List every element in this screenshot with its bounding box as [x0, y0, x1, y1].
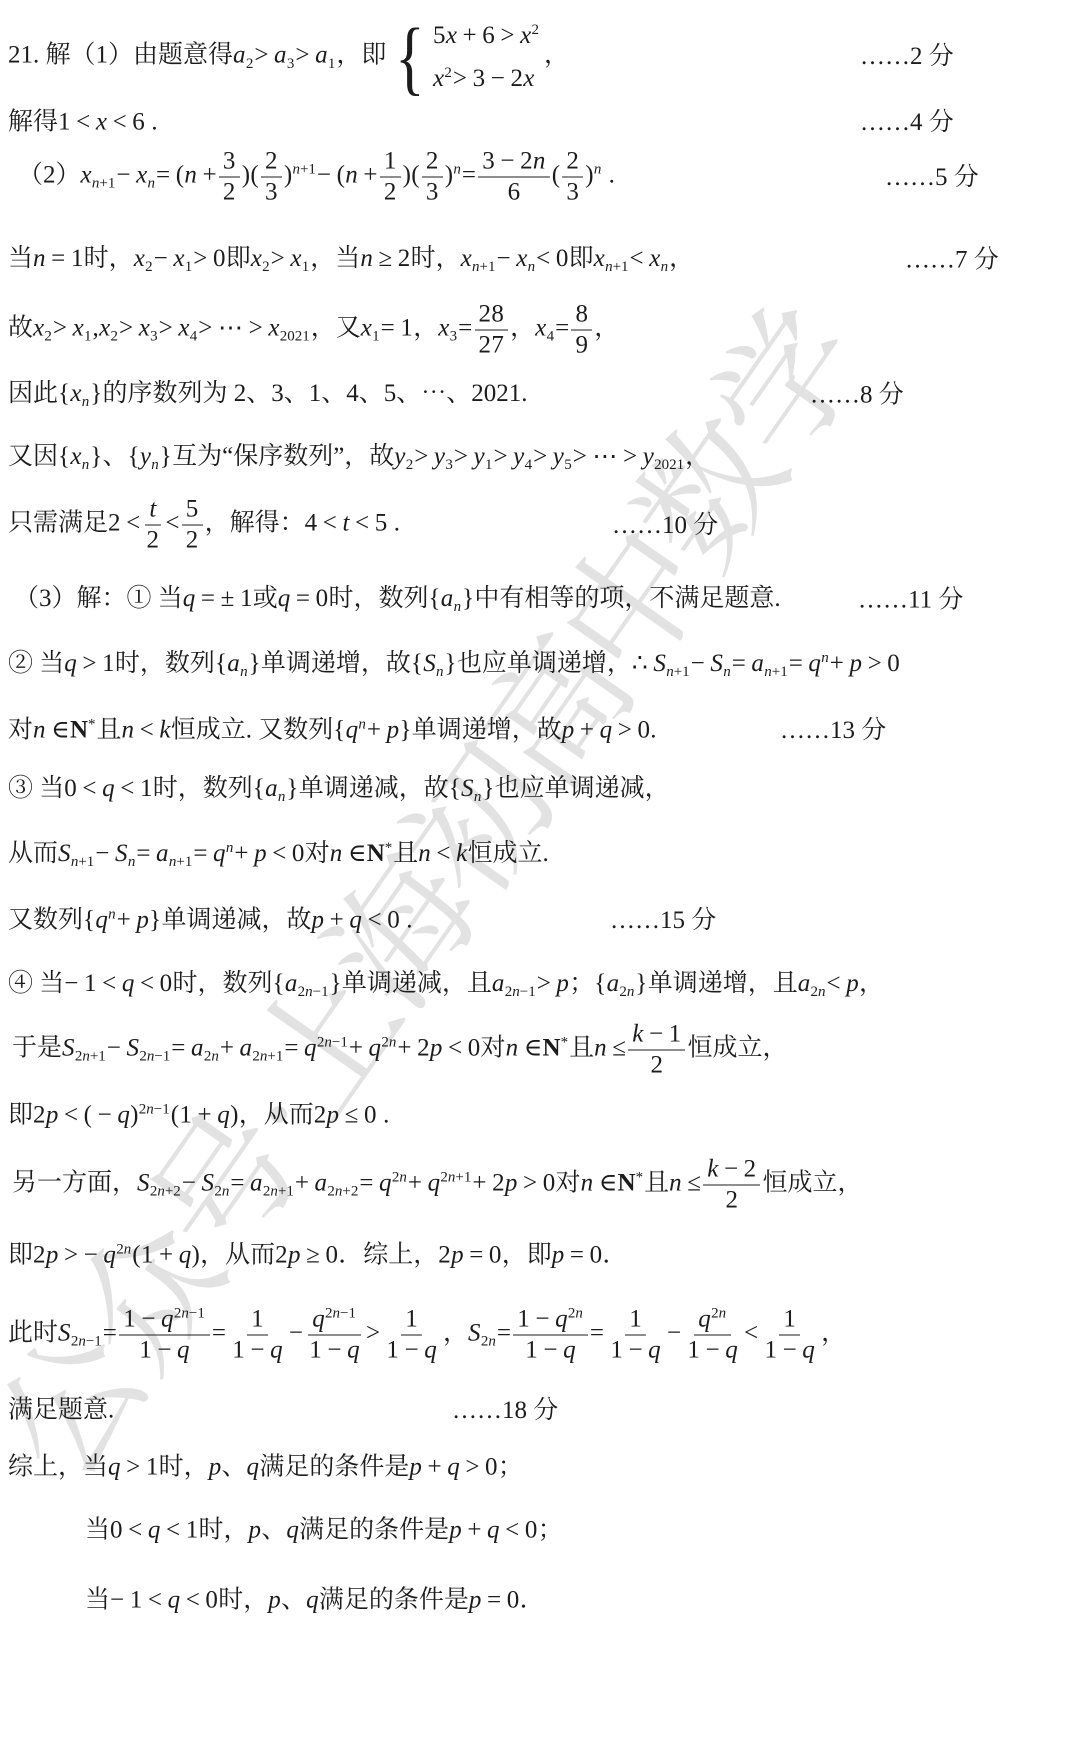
line-content: 故x2> x1,x2> x3> x4> ⋯ > x2021，又x1= 1，x3=…	[8, 301, 619, 360]
math-var: n	[222, 1184, 230, 1200]
math-var: x	[178, 315, 189, 342]
math-run: }	[90, 443, 102, 470]
math-var: p	[46, 1241, 59, 1268]
subscript: n+1	[666, 664, 689, 680]
cases-row: 5x + 6 > x2	[433, 20, 540, 51]
line-content: 又因{xn}、{yn}互为“保序数列”，故y2> y3> y1> y4> y5>…	[8, 441, 710, 475]
math-fraction: 23	[422, 148, 443, 207]
text-run: 因此	[8, 380, 58, 407]
math-var: q	[103, 1241, 116, 1268]
text-run: .	[650, 716, 656, 743]
superscript: n	[108, 906, 116, 922]
math-run: 3 − 2n	[482, 148, 545, 175]
math-var: n	[333, 1306, 341, 1322]
math-run: = q	[789, 650, 822, 677]
math-fraction: 11 − q	[228, 1306, 287, 1365]
solution-line-16: 于是S2n+1− S2n−1= a2n+ a2n+1= q2n−1+ q2n+ …	[0, 1021, 1080, 1080]
subscript: 1	[84, 329, 92, 345]
math-run: − S	[107, 1035, 140, 1062]
math-run: > 3 − 2x	[453, 65, 535, 92]
fraction-numerator: k − 1	[628, 1021, 685, 1051]
math-var: n	[666, 664, 674, 680]
math-var: k	[632, 1021, 643, 1048]
subscript: 2	[44, 329, 52, 345]
subscript: 2	[262, 259, 270, 275]
math-var: q	[286, 1516, 299, 1543]
math-var: n	[488, 1334, 496, 1350]
text-run: 当	[8, 245, 33, 272]
math-fraction: 32	[219, 148, 240, 207]
text-run: ；	[498, 1453, 523, 1480]
math-var: x	[70, 443, 81, 470]
math-var: x	[523, 65, 534, 92]
solution-line-1: 21. 解（1）由题意得a2> a3> a1，即{5x + 6 > x2x2> …	[0, 20, 1080, 95]
math-var: n	[581, 1170, 594, 1197]
subscript: 2	[145, 259, 153, 275]
subscript: n+1	[92, 176, 115, 192]
text-run: 也应单调递增，	[457, 650, 632, 677]
text-run: 中有相等的项，不满足题意.	[474, 585, 780, 612]
math-run: 2p ≤ 0	[314, 1101, 377, 1128]
math-run: − (n +	[317, 162, 378, 189]
math-var: n	[226, 840, 234, 856]
math-var: q	[347, 1337, 360, 1364]
math-var: n	[594, 1035, 607, 1062]
math-var: n	[669, 1170, 682, 1197]
math-var: n	[82, 394, 90, 410]
math-run: =	[555, 315, 569, 342]
math-run: 2	[566, 148, 579, 175]
math-run: }	[249, 650, 261, 677]
math-run: }	[286, 775, 298, 802]
math-var: p	[556, 970, 569, 997]
math-run: > y	[493, 443, 524, 470]
fraction-numerator: 1	[779, 1306, 800, 1336]
fraction-numerator: 2	[562, 148, 583, 178]
math-var: x	[461, 245, 472, 272]
subscript: 2n+2	[327, 1184, 358, 1200]
left-brace-icon: {	[395, 24, 425, 90]
fraction-numerator: 1 − q2n−1	[119, 1306, 210, 1336]
text-run: 21. 解（1）由题意得	[8, 42, 233, 69]
fraction-denominator: 1 − q	[760, 1336, 819, 1365]
fraction-numerator: 1	[380, 148, 401, 178]
math-var: n	[122, 716, 135, 743]
math-var: n	[270, 1184, 278, 1200]
math-var: p	[268, 1586, 281, 1613]
bold-set-symbol: N	[618, 1170, 636, 1197]
fraction-numerator: 2	[261, 148, 282, 178]
math-var: n	[821, 650, 829, 666]
math-run: 27	[479, 332, 505, 359]
math-run: <	[744, 1320, 758, 1347]
math-var: p	[409, 1453, 422, 1480]
math-var: q	[247, 1453, 260, 1480]
math-var: n	[305, 984, 313, 1000]
text-run: 或	[253, 585, 278, 612]
math-var: n	[627, 984, 635, 1000]
score-marker: ……4 分	[860, 106, 954, 137]
cases-rows: 5x + 6 > x2x2> 3 − 2x	[433, 20, 540, 95]
math-run: }	[160, 443, 172, 470]
text-run: 且	[569, 1035, 594, 1062]
math-run: >	[366, 1320, 380, 1347]
math-var: q	[802, 1337, 815, 1364]
math-var: p	[387, 716, 400, 743]
subscript: 2n	[619, 984, 634, 1000]
math-var: q	[161, 1306, 174, 1333]
math-var: n	[92, 176, 100, 192]
math-run: − 1 < q < 0	[64, 970, 172, 997]
math-var: p	[849, 650, 862, 677]
math-var: n	[474, 789, 482, 805]
math-var: n	[148, 176, 156, 192]
math-fraction: 11 − q	[606, 1306, 665, 1365]
math-fraction: 3 − 2n6	[478, 148, 549, 207]
subscript: n	[240, 664, 248, 680]
math-var: a	[441, 585, 454, 612]
solution-line-19: 即2p > − q2n(1 + q)，从而2p ≥ 0．综上，2p = 0，即p…	[0, 1239, 1080, 1270]
solution-line-6: 因此{xn}的序数列为 2、3、1、4、5、⋯、2021.……8 分	[0, 378, 1080, 412]
text-run: ，	[859, 970, 884, 997]
math-var: q	[213, 840, 226, 867]
math-run: {y	[128, 443, 152, 470]
math-run: {a	[215, 650, 240, 677]
math-var: n	[33, 245, 46, 272]
math-var: n	[472, 259, 480, 275]
math-var: S	[468, 1320, 481, 1347]
math-run: x	[461, 245, 472, 272]
superscript: 2n−1	[139, 1101, 170, 1117]
subscript: n	[723, 664, 731, 680]
math-run: 2	[426, 148, 439, 175]
math-run: > x	[159, 315, 190, 342]
math-var: n	[146, 1101, 154, 1117]
math-run: 5x + 6 > x	[433, 22, 532, 49]
math-var: n	[324, 1035, 332, 1051]
math-run: S	[58, 840, 71, 867]
math-run: {a	[273, 970, 298, 997]
superscript: 2	[532, 22, 540, 38]
text-run: 对	[556, 1170, 581, 1197]
math-var: n	[605, 259, 613, 275]
math-var: q	[600, 716, 613, 743]
math-run: + p < 0	[234, 840, 304, 867]
superscript: n	[226, 840, 234, 856]
math-var: n	[448, 1170, 456, 1186]
math-var: n	[240, 664, 248, 680]
math-fraction: 11 − q	[760, 1306, 819, 1365]
math-run: n < k	[418, 840, 467, 867]
math-var: q	[304, 1035, 317, 1062]
math-var: x	[251, 245, 262, 272]
math-fraction: 23	[562, 148, 583, 207]
math-run: + p}	[367, 716, 412, 743]
math-var: x	[99, 315, 110, 342]
math-run: x	[433, 65, 444, 92]
fraction-denominator: 9	[571, 331, 592, 360]
math-var: q	[428, 1170, 441, 1197]
math-var: t	[149, 496, 156, 523]
math-fraction: k − 22	[703, 1156, 760, 1215]
text-run: 当	[85, 1516, 110, 1543]
text-run: 又因	[8, 443, 58, 470]
math-var: q	[148, 1516, 161, 1543]
math-var: a	[156, 840, 169, 867]
math-fraction: 52	[182, 496, 203, 555]
text-run: 当	[85, 1586, 110, 1613]
math-run: q	[312, 1306, 325, 1333]
math-var: q	[808, 650, 821, 677]
math-run: 1 − q	[139, 1337, 190, 1364]
fraction-denominator: 2	[182, 526, 203, 555]
fraction-numerator: t	[145, 496, 160, 526]
text-run: 时，	[411, 245, 461, 272]
fraction-numerator: q2n	[694, 1306, 731, 1336]
text-run: 且	[97, 716, 122, 743]
solution-line-7: 又因{xn}、{yn}互为“保序数列”，故y2> y3> y1> y4> y5>…	[0, 441, 1080, 475]
math-run: n ≥ 2	[360, 245, 410, 272]
subscript: n	[148, 176, 156, 192]
math-var: n	[661, 259, 669, 275]
text-run: ，当	[310, 245, 360, 272]
math-var: y	[643, 443, 654, 470]
subscript: 2021	[654, 457, 684, 473]
math-var: S	[423, 650, 436, 677]
math-fraction: 1 − q2n1 − q	[513, 1306, 588, 1365]
text-run: ，	[594, 315, 619, 342]
math-run: 0 < q < 1	[64, 775, 153, 802]
text-run: ，即	[502, 1241, 552, 1268]
text-run: 又数列	[8, 906, 83, 933]
math-run: > p	[537, 970, 570, 997]
math-run: < x	[630, 245, 661, 272]
subscript: 2	[246, 56, 254, 72]
line-content: 只需满足2 <t2<52，解得：4 < t < 5 .	[8, 496, 400, 555]
math-run: 1	[629, 1306, 642, 1333]
math-var: a	[315, 1170, 328, 1197]
text-run: 且	[393, 840, 418, 867]
superscript: 2n	[116, 1241, 131, 1257]
text-run: 的序数列为 2、3、1、4、5、⋯、2021.	[103, 380, 528, 407]
subscript: n	[128, 854, 136, 870]
math-run: n ∈	[581, 1170, 618, 1197]
line-content: 从而Sn+1− Sn= an+1= qn+ p < 0对n ∈N*且n < k恒…	[8, 838, 549, 872]
math-var: q	[108, 1453, 121, 1480]
math-run: x	[535, 315, 546, 342]
subscript: n	[436, 664, 444, 680]
math-var: n	[506, 1035, 519, 1062]
math-var: p	[505, 1170, 518, 1197]
text-run: ，	[443, 1320, 468, 1347]
math-var: n	[533, 148, 546, 175]
math-run: = a	[171, 1035, 204, 1062]
math-run: > a	[295, 42, 328, 69]
math-run: 1 < x < 6	[58, 108, 145, 135]
math-run: 1 − q	[123, 1306, 174, 1333]
math-var: n	[157, 1184, 165, 1200]
math-run: q = 0	[278, 585, 329, 612]
math-var: n	[436, 664, 444, 680]
math-run: − 1 < q < 0	[110, 1586, 218, 1613]
math-run: (1 + q)	[171, 1101, 239, 1128]
text-run: （3）解：① 当	[14, 585, 183, 612]
math-run: 1 − q	[517, 1306, 568, 1333]
math-var: a	[227, 650, 240, 677]
math-var: p	[449, 1516, 462, 1543]
text-run: 只需满足	[8, 510, 108, 537]
line-content: ③ 当0 < q < 1时，数列{an}单调递减，故{Sn}也应单调递减，	[8, 773, 670, 807]
fraction-denominator: 2	[646, 1051, 667, 1080]
subscript: n+1	[169, 854, 192, 870]
math-run: S	[58, 1320, 71, 1347]
subscript: 2n	[204, 1049, 219, 1065]
superscript: *	[385, 840, 393, 856]
math-run: > x	[271, 245, 302, 272]
text-run: 单调递减，故	[161, 906, 311, 933]
math-var: x	[438, 315, 449, 342]
math-var: p	[209, 1453, 222, 1480]
math-var: S	[653, 650, 666, 677]
math-run: 1 − q	[232, 1337, 283, 1364]
math-run: q > 1	[108, 1453, 159, 1480]
math-var: n	[345, 162, 358, 189]
math-var: k	[707, 1156, 718, 1183]
text-run: 、	[261, 1516, 286, 1543]
math-run: =	[458, 315, 472, 342]
subscript: 1	[302, 259, 310, 275]
line-content: 又数列{qn+ p}单调递减，故p + q < 0 .	[8, 904, 413, 935]
math-run: {a	[253, 775, 278, 802]
text-run: 从而	[8, 840, 58, 867]
line-content: 对n ∈N*且n < k恒成立. 又数列{qn+ p}单调递增，故p + q >…	[8, 714, 657, 745]
math-run: p + q < 0	[312, 906, 401, 933]
text-run: 即	[8, 1101, 33, 1128]
math-var: n	[292, 162, 300, 178]
math-var: S	[58, 1320, 71, 1347]
math-var: S	[115, 840, 128, 867]
math-var: a	[492, 970, 505, 997]
math-run: n = 1	[33, 245, 84, 272]
math-var: q	[349, 906, 362, 933]
math-run: {S	[411, 650, 436, 677]
text-run: 单调递增，且	[648, 970, 798, 997]
text-run: 此时	[8, 1320, 58, 1347]
text-run: ，	[510, 315, 535, 342]
math-run: q	[286, 1516, 299, 1543]
math-run: }	[482, 775, 494, 802]
math-var: n	[453, 162, 461, 178]
text-run: 综上，当	[8, 1453, 108, 1480]
math-var: p	[46, 1101, 59, 1128]
math-var: a	[798, 970, 811, 997]
text-run: 、	[222, 1453, 247, 1480]
subscript: n	[474, 789, 482, 805]
math-run: x	[33, 315, 44, 342]
math-var: n	[360, 245, 373, 272]
superscript: 2n−1	[317, 1035, 348, 1051]
math-var: S	[62, 1035, 75, 1062]
superscript: 2n	[392, 1170, 407, 1186]
text-run: .	[377, 1101, 390, 1128]
math-run: 0 < q < 1	[110, 1516, 199, 1543]
math-run: > y	[414, 443, 445, 470]
line-content: 即2p > − q2n(1 + q)，从而2p ≥ 0．综上，2p = 0，即p…	[8, 1239, 627, 1270]
math-run: p	[268, 1586, 281, 1613]
solution-line-3: （2）xn+1− xn= (n +32)(23)n+1− (n +12)(23)…	[0, 148, 1080, 207]
text-run: 即	[226, 245, 251, 272]
math-run: n ≤	[669, 1170, 701, 1197]
fraction-denominator: 1 − q	[521, 1336, 580, 1365]
cases-row: x2> 3 − 2x	[433, 63, 540, 94]
solution-line-20: 此时S2n−1=1 − q2n−11 − q=11 − q−q2n−11 − q…	[0, 1306, 1080, 1365]
math-run: {q	[333, 716, 358, 743]
superscript: 2n+1	[440, 1170, 471, 1186]
math-run: p + q > 0	[409, 1453, 498, 1480]
math-var: n	[71, 854, 79, 870]
math-run: }	[90, 380, 102, 407]
math-run: 3	[265, 179, 278, 206]
math-var: a	[233, 42, 246, 69]
fraction-numerator: 3 − 2n	[478, 148, 549, 178]
math-run: n ∈	[506, 1035, 543, 1062]
subscript: 2	[111, 329, 119, 345]
math-var: q	[312, 1306, 325, 1333]
math-var: q	[278, 585, 291, 612]
math-var: n	[594, 162, 602, 178]
text-run: 满足题意.	[8, 1396, 114, 1423]
math-var: q	[168, 1586, 181, 1613]
math-var: x	[535, 315, 546, 342]
math-var: q	[379, 1170, 392, 1197]
subscript: 1	[185, 259, 193, 275]
subscript: 2021	[280, 329, 310, 345]
math-var: a	[274, 42, 287, 69]
text-run: ，解得：	[205, 510, 305, 537]
math-var: q	[555, 1306, 568, 1333]
math-var: S	[58, 840, 71, 867]
fraction-numerator: 28	[475, 301, 509, 331]
text-run: 解得	[8, 108, 58, 135]
math-var: n	[184, 162, 197, 189]
math-var: q	[177, 1337, 190, 1364]
math-run: < 0	[536, 245, 569, 272]
line-content: 解得1 < x < 6 .	[8, 106, 158, 137]
solution-line-21: 满足题意.……18 分	[0, 1394, 1080, 1425]
math-var: x	[173, 245, 184, 272]
math-run: S	[137, 1170, 150, 1197]
math-run: S	[62, 1035, 75, 1062]
solution-line-9: （3）解：① 当q = ± 1或q = 0时，数列{an}中有相等的项，不满足题…	[0, 583, 1080, 617]
superscript: n	[453, 162, 461, 178]
math-run: 2p = 0	[438, 1241, 501, 1268]
math-run: {x	[58, 443, 82, 470]
subscript: 2n	[481, 1334, 496, 1350]
math-run: q	[698, 1306, 711, 1333]
fraction-denominator: 1 − q	[228, 1336, 287, 1365]
math-var: y	[553, 443, 564, 470]
text-run: ③ 当	[8, 775, 64, 802]
math-var: n	[512, 984, 520, 1000]
math-var: n	[124, 1241, 132, 1257]
fraction-denominator: 1 − q	[382, 1336, 441, 1365]
superscript: 2n	[381, 1035, 396, 1051]
solution-line-23: 当0 < q < 1时，p、q满足的条件是p + q < 0；	[0, 1514, 1080, 1545]
math-run: > ⋯ > x	[198, 315, 279, 342]
solution-line-24: 当− 1 < q < 0时，p、q满足的条件是p = 0．	[0, 1584, 1080, 1615]
math-run: > x	[53, 315, 84, 342]
math-fraction: 1 − q2n−11 − q	[119, 1306, 210, 1365]
